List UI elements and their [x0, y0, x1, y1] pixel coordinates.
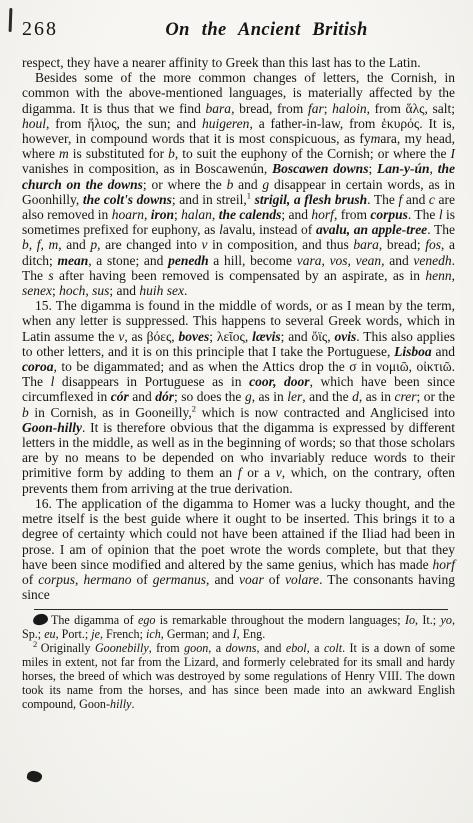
text-segment: , from ἥλιος, the sun; and [46, 116, 202, 131]
text-segment: the calends [219, 207, 282, 222]
text-segment: Io [405, 613, 415, 627]
paragraph: 16. The application of the digamma to Ho… [22, 496, 455, 602]
text-segment: senex [22, 283, 52, 298]
text-segment: and [402, 192, 429, 207]
footnotes: The digamma of ego is remarkable through… [22, 614, 455, 711]
text-segment: avalu, an apple-tree [316, 222, 427, 237]
text-segment: , a [307, 641, 324, 655]
text-segment: , as in [359, 389, 395, 404]
text-segment: , French; [100, 627, 146, 641]
text-segment: , [452, 268, 455, 283]
text-segment: and [385, 253, 414, 268]
text-segment: ; or the [417, 389, 455, 404]
text-segment: and [129, 389, 155, 404]
text-segment: is substituted for [69, 146, 168, 161]
text-segment: huih [139, 283, 163, 298]
text-segment: ich [146, 627, 161, 641]
text-segment: g [245, 389, 252, 404]
text-segment: Lisboa [394, 344, 432, 359]
text-segment: b [22, 405, 29, 420]
text-segment: 16. The application of the digamma to Ho… [22, 496, 455, 572]
text-segment: , from [149, 641, 184, 655]
text-segment: The digamma of [51, 613, 138, 627]
text-segment: germanus [153, 572, 206, 587]
text-segment: ; λεῖος, [209, 329, 252, 344]
text-segment: cór [111, 389, 129, 404]
text-segment: , Port.; [56, 627, 92, 641]
text-segment: ; or where the [143, 177, 227, 192]
text-segment: Lan-y-ún [377, 161, 430, 176]
text-segment: , bread; [379, 237, 425, 252]
text-segment: ; [324, 101, 332, 116]
text-segment: hilly [110, 697, 132, 711]
text-segment: fos [425, 237, 441, 252]
text-segment: corpus [370, 207, 408, 222]
text-segment: yo [441, 613, 452, 627]
text-segment: Goon-hilly [22, 420, 82, 435]
text-segment: , It.; [415, 613, 441, 627]
text-segment: , as βόες, [124, 329, 178, 344]
paragraph: 15. The digamma is found in the middle o… [22, 298, 455, 496]
text-segment: respect, they have a nearer affinity to … [22, 55, 421, 70]
text-segment: , as in [252, 389, 288, 404]
text-segment: m [59, 146, 69, 161]
text-segment: ; so does the [174, 389, 245, 404]
text-segment: of [264, 572, 285, 587]
text-segment: coroa [22, 359, 54, 374]
text-segment: coor, door [249, 374, 309, 389]
text-segment: avalu, instead of [223, 222, 316, 237]
text-segment: b, f, m, [22, 237, 62, 252]
text-segment: . [184, 283, 187, 298]
text-segment: the colt's downs [83, 192, 172, 207]
text-segment: goon [184, 641, 208, 655]
page-header: 268 On the Ancient British [22, 18, 455, 41]
ink-smudge [26, 770, 42, 783]
text-segment: dór [155, 389, 174, 404]
text-segment: horf [432, 557, 455, 572]
text-segment: mean [57, 253, 88, 268]
text-segment: ; and in streil, [172, 192, 247, 207]
text-segment: , a [208, 641, 225, 655]
text-segment: and [62, 237, 91, 252]
text-segment: or a [242, 465, 276, 480]
footnote-separator [34, 609, 448, 610]
text-segment: , and the [302, 389, 352, 404]
text-segment: , to suit the euphony of the Cornish; or… [175, 146, 451, 161]
text-segment: sex [167, 283, 184, 298]
text-segment: halan [181, 207, 212, 222]
paragraph: Besides some of the more common changes … [22, 70, 455, 298]
text-segment: crer [395, 389, 417, 404]
text-segment: , a stone; and [88, 253, 168, 268]
text-segment: Originally [41, 641, 95, 655]
text-segment: vara, vos, vean, [297, 253, 385, 268]
text-segment: downs [226, 641, 257, 655]
text-segment: , German; and [161, 627, 233, 641]
text-segment: hoch [59, 283, 85, 298]
text-segment: bara [353, 237, 379, 252]
text-segment: voar [239, 572, 264, 587]
text-segment: , and [256, 641, 285, 655]
text-segment: corpus [38, 572, 75, 587]
text-segment: penedh [168, 253, 209, 268]
text-segment: b [168, 146, 175, 161]
text-segment: huigeren [202, 116, 250, 131]
text-segment: , from ἅλς, salt; [367, 101, 455, 116]
text-segment: far [308, 101, 324, 116]
text-segment: boves [179, 329, 210, 344]
text-segment: a hill, become [209, 253, 297, 268]
text-segment: sus [92, 283, 109, 298]
text-segment: of [22, 572, 38, 587]
text-segment: of [131, 572, 152, 587]
text-segment: is remarkable throughout the modern lang… [155, 613, 405, 627]
text-segment: ; and ὄϊς, [281, 329, 335, 344]
text-segment: , are changed into [97, 237, 201, 252]
text-segment: vanishes in composition, as in Boscawenú… [22, 161, 272, 176]
text-segment: , bread, from [231, 101, 308, 116]
text-segment: , Eng. [237, 627, 266, 641]
text-segment: bara [206, 101, 232, 116]
text-segment: strigil, a flesh brush [255, 192, 367, 207]
text-segment: . [132, 697, 135, 711]
text-segment: hoarn [112, 207, 144, 222]
footnote-marker: 2 [33, 639, 41, 649]
text-segment: ego [138, 613, 155, 627]
text-segment: ; and [281, 207, 311, 222]
text-segment: , from [334, 207, 370, 222]
text-segment: . The [408, 207, 439, 222]
paragraph: respect, they have a nearer affinity to … [22, 55, 455, 70]
text-segment: after having been removed is compensated… [54, 268, 426, 283]
text-segment: henn [425, 268, 451, 283]
text-segment: disappears in Portuguese as in [54, 374, 249, 389]
text-segment: ; [368, 161, 377, 176]
text-segment: , [430, 161, 438, 176]
text-segment: haloin [332, 101, 367, 116]
text-segment: ; and [109, 283, 139, 298]
text-segment: ebol [286, 641, 307, 655]
text-segment: , [212, 207, 219, 222]
text-segment: . The [367, 192, 398, 207]
text-segment: lævis [252, 329, 281, 344]
footnote: 2 Originally Goonebilly, from goon, a do… [22, 642, 455, 712]
text-segment: m [371, 131, 381, 146]
text-segment: , and [206, 572, 239, 587]
text-segment: iron [151, 207, 174, 222]
footnote: The digamma of ego is remarkable through… [22, 614, 455, 642]
page-number: 268 [22, 18, 58, 41]
text-segment: d [352, 389, 359, 404]
text-segment: volare [285, 572, 319, 587]
text-segment: colt [324, 641, 342, 655]
text-segment: horf [311, 207, 334, 222]
text-segment: . The [427, 222, 455, 237]
text-segment: , [144, 207, 151, 222]
text-segment: houl [22, 116, 46, 131]
text-segment: hermano [83, 572, 131, 587]
running-title: On the Ancient British [68, 20, 465, 41]
ink-smudge-footnote-marker [32, 614, 48, 627]
text-segment: eu [44, 627, 55, 641]
text-segment: in composition, and thus [208, 237, 354, 252]
text-segment: which is now contracted and Anglicised i… [196, 405, 455, 420]
text-segment: I [451, 146, 456, 161]
text-segment: ovis [335, 329, 357, 344]
text-segment: Goonebilly [95, 641, 149, 655]
text-segment: and [432, 344, 455, 359]
text-segment: ler [287, 389, 302, 404]
text-segment: venedh [413, 253, 451, 268]
page-body: respect, they have a nearer affinity to … [22, 55, 455, 602]
text-segment: je [91, 627, 100, 641]
text-segment: Boscawen downs [272, 161, 368, 176]
book-page: 268 On the Ancient British respect, they… [0, 0, 473, 712]
text-segment: in Cornish, as in Gooneilly, [29, 405, 192, 420]
